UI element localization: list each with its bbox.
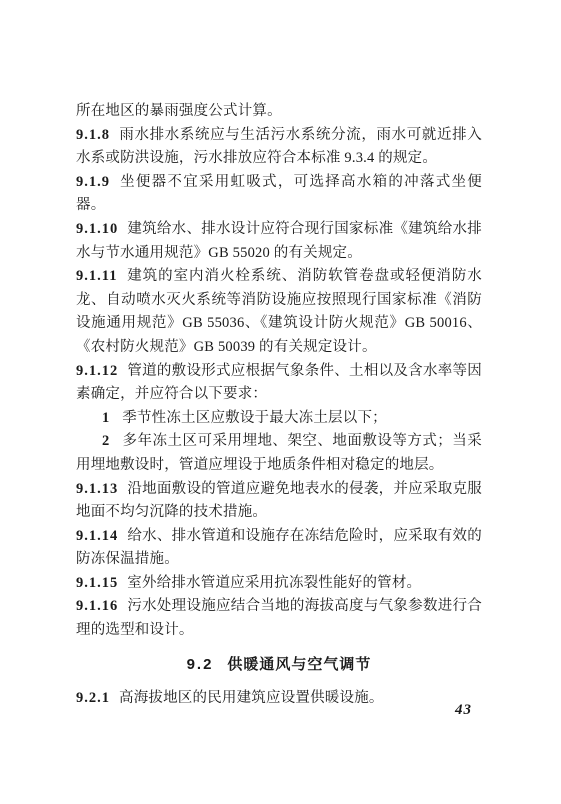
page-content: 所在地区的暴雨强度公式计算。9.1.8雨水排水系统应与生活污水系统分流，雨水可就… (76, 100, 482, 711)
page-number: 43 (455, 702, 472, 719)
clause-paragraph: 9.1.12管道的敷设形式应根据气象条件、土相以及含水率等因素确定，并应符合以下… (76, 360, 482, 407)
paragraph-text: 室外给排水管道应采用抗冻裂性能好的管材。 (127, 575, 421, 591)
continuation-paragraph: 所在地区的暴雨强度公式计算。 (76, 100, 482, 124)
section-number: 9.2 (187, 656, 214, 673)
paragraph-text: 高海拔地区的民用建筑应设置供暖设施。 (119, 690, 384, 706)
clause-number: 9.1.8 (76, 127, 110, 143)
clause-number: 9.1.13 (76, 481, 118, 497)
paragraph-text: 坐便器不宜采用虹吸式，可选择高水箱的冲落式坐便器。 (76, 174, 482, 214)
subitem-paragraph: 2多年冻土区可采用埋地、架空、地面敷设等方式；当采用埋地敷设时，管道应埋设于地质… (76, 430, 482, 477)
paragraph-text: 雨水排水系统应与生活污水系统分流，雨水可就近排入水系或防洪设施，污水排放应符合本… (76, 127, 482, 167)
clause-number: 9.1.15 (76, 575, 118, 591)
clause-paragraph: 9.2.1高海拔地区的民用建筑应设置供暖设施。 (76, 687, 482, 711)
subitem-number: 2 (102, 433, 110, 449)
paragraph-text: 管道的敷设形式应根据气象条件、土相以及含水率等因素确定，并应符合以下要求： (76, 363, 482, 403)
clause-number: 9.1.10 (76, 221, 118, 237)
clause-paragraph: 9.1.16污水处理设施应结合当地的海拔高度与气象参数进行合理的选型和设计。 (76, 595, 482, 642)
clause-paragraph: 9.1.9坐便器不宜采用虹吸式，可选择高水箱的冲落式坐便器。 (76, 171, 482, 218)
paragraph-text: 给水、排水管道和设施存在冻结危险时，应采取有效的防冻保温措施。 (76, 528, 482, 568)
clause-paragraph: 9.1.13沿地面敷设的管道应避免地表水的侵袭，并应采取克服地面不均匀沉降的技术… (76, 478, 482, 525)
clause-paragraph: 9.1.11建筑的室内消火栓系统、消防软管卷盘或轻便消防水龙、自动喷水灭火系统等… (76, 265, 482, 359)
document-page: 所在地区的暴雨强度公式计算。9.1.8雨水排水系统应与生活污水系统分流，雨水可就… (0, 0, 561, 804)
clause-number: 9.1.9 (76, 174, 110, 190)
paragraph-text: 沿地面敷设的管道应避免地表水的侵袭，并应采取克服地面不均匀沉降的技术措施。 (76, 481, 482, 521)
paragraph-text: 季节性冻土区应敷设于最大冻土层以下； (122, 410, 387, 426)
paragraph-text: 污水处理设施应结合当地的海拔高度与气象参数进行合理的选型和设计。 (76, 598, 482, 638)
subitem-number: 1 (102, 410, 110, 426)
clause-paragraph: 9.1.10建筑给水、排水设计应符合现行国家标准《建筑给水排水与节水通用规范》G… (76, 218, 482, 265)
section-title: 供暖通风与空气调节 (227, 656, 371, 673)
clause-number: 9.2.1 (76, 690, 110, 706)
clause-number: 9.1.14 (76, 528, 118, 544)
paragraph-text: 建筑的室内消火栓系统、消防软管卷盘或轻便消防水龙、自动喷水灭火系统等消防设施应按… (76, 268, 482, 355)
paragraph-text: 多年冻土区可采用埋地、架空、地面敷设等方式；当采用埋地敷设时，管道应埋设于地质条… (76, 433, 482, 473)
clause-number: 9.1.11 (76, 268, 117, 284)
clause-paragraph: 9.1.14给水、排水管道和设施存在冻结危险时，应采取有效的防冻保温措施。 (76, 525, 482, 572)
section-heading: 9.2供暖通风与空气调节 (76, 653, 482, 677)
clause-paragraph: 9.1.8雨水排水系统应与生活污水系统分流，雨水可就近排入水系或防洪设施，污水排… (76, 124, 482, 171)
clause-number: 9.1.16 (76, 598, 118, 614)
paragraph-text: 所在地区的暴雨强度公式计算。 (76, 103, 282, 119)
paragraph-text: 建筑给水、排水设计应符合现行国家标准《建筑给水排水与节水通用规范》GB 5502… (76, 221, 482, 261)
subitem-paragraph: 1季节性冻土区应敷设于最大冻土层以下； (76, 407, 482, 431)
clause-paragraph: 9.1.15室外给排水管道应采用抗冻裂性能好的管材。 (76, 572, 482, 596)
clause-number: 9.1.12 (76, 363, 118, 379)
